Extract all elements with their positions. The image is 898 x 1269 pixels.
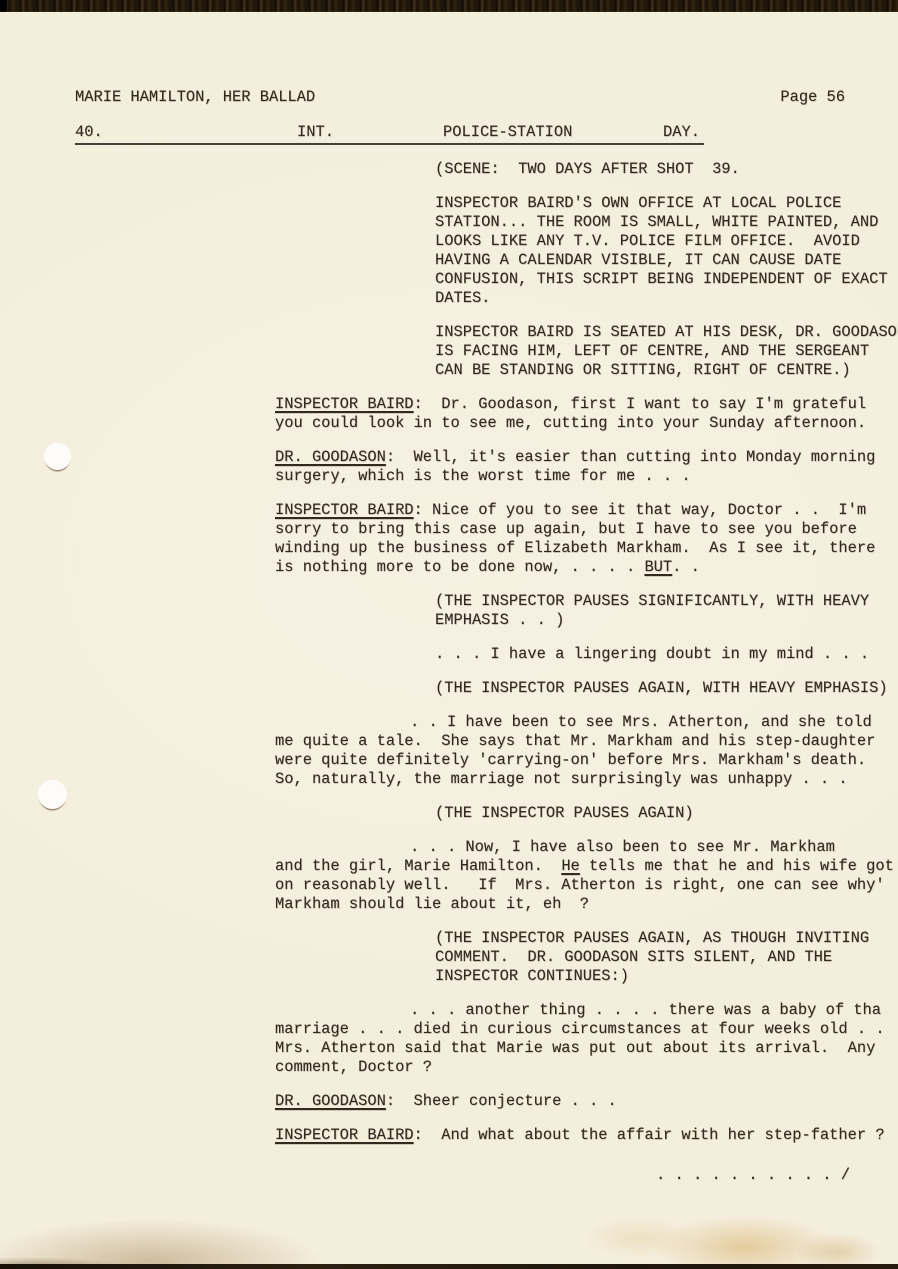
script-line: and the girl, Marie Hamilton. He tells m… [275,857,898,876]
underlined-text: INSPECTOR BAIRD [275,395,414,413]
script-line: . . I have been to see Mrs. Atherton, an… [275,713,898,732]
text-segment: DATES. [435,289,490,307]
text-segment: INSPECTOR BAIRD'S OWN OFFICE AT LOCAL PO… [435,194,841,212]
dialogue-inspector-baird-1: INSPECTOR BAIRD: Dr. Goodason, first I w… [275,395,898,433]
text-segment: sorry to bring this case up again, but I… [275,520,857,538]
stage-direction-pause-2: (THE INSPECTOR PAUSES AGAIN, WITH HEAVY … [435,679,898,698]
underlined-text: BUT [644,558,672,576]
text-segment: . . [672,558,700,576]
underlined-text: DR. GOODASON [275,1092,386,1110]
script-line: on reasonably well. If Mrs. Atherton is … [275,876,898,895]
text-segment: So, naturally, the marriage not surprisi… [275,770,848,788]
dialogue-dr-goodason-2: DR. GOODASON: Sheer conjecture . . . [275,1092,898,1111]
text-segment: HAVING A CALENDAR VISIBLE, IT CAN CAUSE … [435,251,841,269]
scan-edge-top [0,0,898,12]
stage-direction-pause-3: (THE INSPECTOR PAUSES AGAIN) [435,804,898,823]
text-segment: me quite a tale. She says that Mr. Markh… [275,732,875,750]
text-segment: on reasonably well. If Mrs. Atherton is … [275,876,885,894]
text-segment: Markham should lie about it, eh ? [275,895,589,913]
script-page: MARIE HAMILTON, HER BALLAD Page 56 40. I… [0,0,898,1185]
scan-edge-bottom [0,1264,898,1269]
script-line: were quite definitely 'carrying-on' befo… [275,751,898,770]
text-segment: and the girl, Marie Hamilton. [275,857,561,875]
script-line: DATES. [435,289,898,308]
script-line: (THE INSPECTOR PAUSES AGAIN, AS THOUGH I… [435,929,898,948]
text-segment: : Well, it's easier than cutting into Mo… [386,448,876,466]
scene-description: INSPECTOR BAIRD'S OWN OFFICE AT LOCAL PO… [435,194,898,308]
text-segment: : Sheer conjecture . . . [386,1092,617,1110]
script-line: Mrs. Atherton said that Marie was put ou… [275,1039,898,1058]
dialogue-inspector-baird-2: INSPECTOR BAIRD: Nice of you to see it t… [275,501,898,577]
script-line: INSPECTOR BAIRD: Nice of you to see it t… [275,501,898,520]
dialogue-inspector-baird-3: INSPECTOR BAIRD: And what about the affa… [275,1126,898,1145]
text-segment: LOOKS LIKE ANY T.V. POLICE FILM OFFICE. … [435,232,860,250]
script-line: winding up the business of Elizabeth Mar… [275,539,898,558]
dialogue-dr-goodason-1: DR. GOODASON: Well, it's easier than cut… [275,448,898,486]
script-line: CAN BE STANDING OR SITTING, RIGHT OF CEN… [435,361,898,380]
script-line: INSPECTOR CONTINUES:) [435,967,898,986]
text-segment: : Nice of you to see it that way, Doctor… [414,501,867,519]
text-segment: is nothing more to be done now, . . . . [275,558,644,576]
script-line: STATION... THE ROOM IS SMALL, WHITE PAIN… [435,213,898,232]
stage-direction-pause-1: (THE INSPECTOR PAUSES SIGNIFICANTLY, WIT… [435,592,898,630]
text-segment: . . . I have a lingering doubt in my min… [435,645,869,663]
underlined-text: INSPECTOR BAIRD [275,1126,414,1144]
text-segment: tells me that he and his wife got [580,857,894,875]
script-body: (SCENE: TWO DAYS AFTER SHOT 39.INSPECTOR… [75,160,898,1145]
text-segment: STATION... THE ROOM IS SMALL, WHITE PAIN… [435,213,878,231]
script-line: (SCENE: TWO DAYS AFTER SHOT 39. [435,160,898,179]
text-segment: CAN BE STANDING OR SITTING, RIGHT OF CEN… [435,361,851,379]
scene-note: (SCENE: TWO DAYS AFTER SHOT 39. [435,160,898,179]
page-number: Page 56 [780,88,845,107]
text-segment: : And what about the affair with her ste… [414,1126,885,1144]
shot-time: DAY. [663,123,700,142]
script-line: EMPHASIS . . ) [435,611,898,630]
shot-heading: 40. INT. POLICE-STATION DAY. [75,122,704,145]
dialogue-continuation-1: . . . I have a lingering doubt in my min… [435,645,898,664]
script-line: (THE INSPECTOR PAUSES AGAIN) [435,804,898,823]
text-segment: INSPECTOR CONTINUES:) [435,967,629,985]
script-line: INSPECTOR BAIRD: Dr. Goodason, first I w… [275,395,898,414]
underlined-text: DR. GOODASON [275,448,386,466]
script-line: Markham should lie about it, eh ? [275,895,898,914]
punch-hole-bottom [38,780,67,809]
underlined-text: INSPECTOR BAIRD [275,501,414,519]
text-segment: . . I have been to see Mrs. Atherton, an… [410,713,872,731]
text-segment: . . . another thing . . . . there was a … [410,1001,881,1019]
text-segment: (THE INSPECTOR PAUSES AGAIN, AS THOUGH I… [435,929,869,947]
underlined-text: He [561,857,579,875]
script-line: (THE INSPECTOR PAUSES SIGNIFICANTLY, WIT… [435,592,898,611]
text-segment: winding up the business of Elizabeth Mar… [275,539,875,557]
script-title: MARIE HAMILTON, HER BALLAD [75,88,315,107]
script-line: is nothing more to be done now, . . . . … [275,558,898,577]
text-segment: comment, Doctor ? [275,1058,432,1076]
text-segment: INSPECTOR BAIRD IS SEATED AT HIS DESK, D… [435,323,898,341]
text-segment: IS FACING HIM, LEFT OF CENTRE, AND THE S… [435,342,869,360]
script-line: INSPECTOR BAIRD IS SEATED AT HIS DESK, D… [435,323,898,342]
script-line: marriage . . . died in curious circumsta… [275,1020,898,1039]
dialogue-continuation-4: . . . another thing . . . . there was a … [275,1001,898,1077]
text-segment: were quite definitely 'carrying-on' befo… [275,751,866,769]
script-line: . . . Now, I have also been to see Mr. M… [275,838,898,857]
page-header: MARIE HAMILTON, HER BALLAD Page 56 [75,88,898,107]
text-segment: . . . Now, I have also been to see Mr. M… [410,838,835,856]
shot-int-ext: INT. [297,123,334,142]
text-segment: : Dr. Goodason, first I want to say I'm … [414,395,867,413]
staging-description: INSPECTOR BAIRD IS SEATED AT HIS DESK, D… [435,323,898,380]
script-line: . . . another thing . . . . there was a … [275,1001,898,1020]
shot-location: POLICE-STATION [443,123,572,142]
text-segment: you could look in to see me, cutting int… [275,414,866,432]
script-line: CONFUSION, THIS SCRIPT BEING INDEPENDENT… [435,270,898,289]
script-line: comment, Doctor ? [275,1058,898,1077]
script-line: . . . I have a lingering doubt in my min… [435,645,898,664]
text-segment: marriage . . . died in curious circumsta… [275,1020,885,1038]
script-line: IS FACING HIM, LEFT OF CENTRE, AND THE S… [435,342,898,361]
text-segment: surgery, which is the worst time for me … [275,467,691,485]
text-segment: (THE INSPECTOR PAUSES AGAIN, WITH HEAVY … [435,679,888,697]
script-line: surgery, which is the worst time for me … [275,467,898,486]
text-segment: CONFUSION, THIS SCRIPT BEING INDEPENDENT… [435,270,888,288]
page-continuation-mark: . . . . . . . . . . / [75,1166,898,1185]
script-line: INSPECTOR BAIRD: And what about the affa… [275,1126,898,1145]
dialogue-continuation-3: . . . Now, I have also been to see Mr. M… [275,838,898,914]
script-line: INSPECTOR BAIRD'S OWN OFFICE AT LOCAL PO… [435,194,898,213]
script-line: COMMENT. DR. GOODASON SITS SILENT, AND T… [435,948,898,967]
script-line: LOOKS LIKE ANY T.V. POLICE FILM OFFICE. … [435,232,898,251]
text-segment: Mrs. Atherton said that Marie was put ou… [275,1039,875,1057]
text-segment: COMMENT. DR. GOODASON SITS SILENT, AND T… [435,948,832,966]
script-line: sorry to bring this case up again, but I… [275,520,898,539]
text-segment: (THE INSPECTOR PAUSES AGAIN) [435,804,694,822]
script-line: DR. GOODASON: Sheer conjecture . . . [275,1092,898,1111]
stage-direction-pause-4: (THE INSPECTOR PAUSES AGAIN, AS THOUGH I… [435,929,898,986]
script-line: you could look in to see me, cutting int… [275,414,898,433]
script-line: HAVING A CALENDAR VISIBLE, IT CAN CAUSE … [435,251,898,270]
shot-number: 40. [75,123,103,142]
script-line: (THE INSPECTOR PAUSES AGAIN, WITH HEAVY … [435,679,898,698]
text-segment: (THE INSPECTOR PAUSES SIGNIFICANTLY, WIT… [435,592,869,610]
script-line: So, naturally, the marriage not surprisi… [275,770,898,789]
text-segment: EMPHASIS . . ) [435,611,564,629]
dialogue-continuation-2: . . I have been to see Mrs. Atherton, an… [275,713,898,789]
text-segment: (SCENE: TWO DAYS AFTER SHOT 39. [435,160,740,178]
script-line: DR. GOODASON: Well, it's easier than cut… [275,448,898,467]
script-line: me quite a tale. She says that Mr. Markh… [275,732,898,751]
punch-hole-top [44,443,71,470]
